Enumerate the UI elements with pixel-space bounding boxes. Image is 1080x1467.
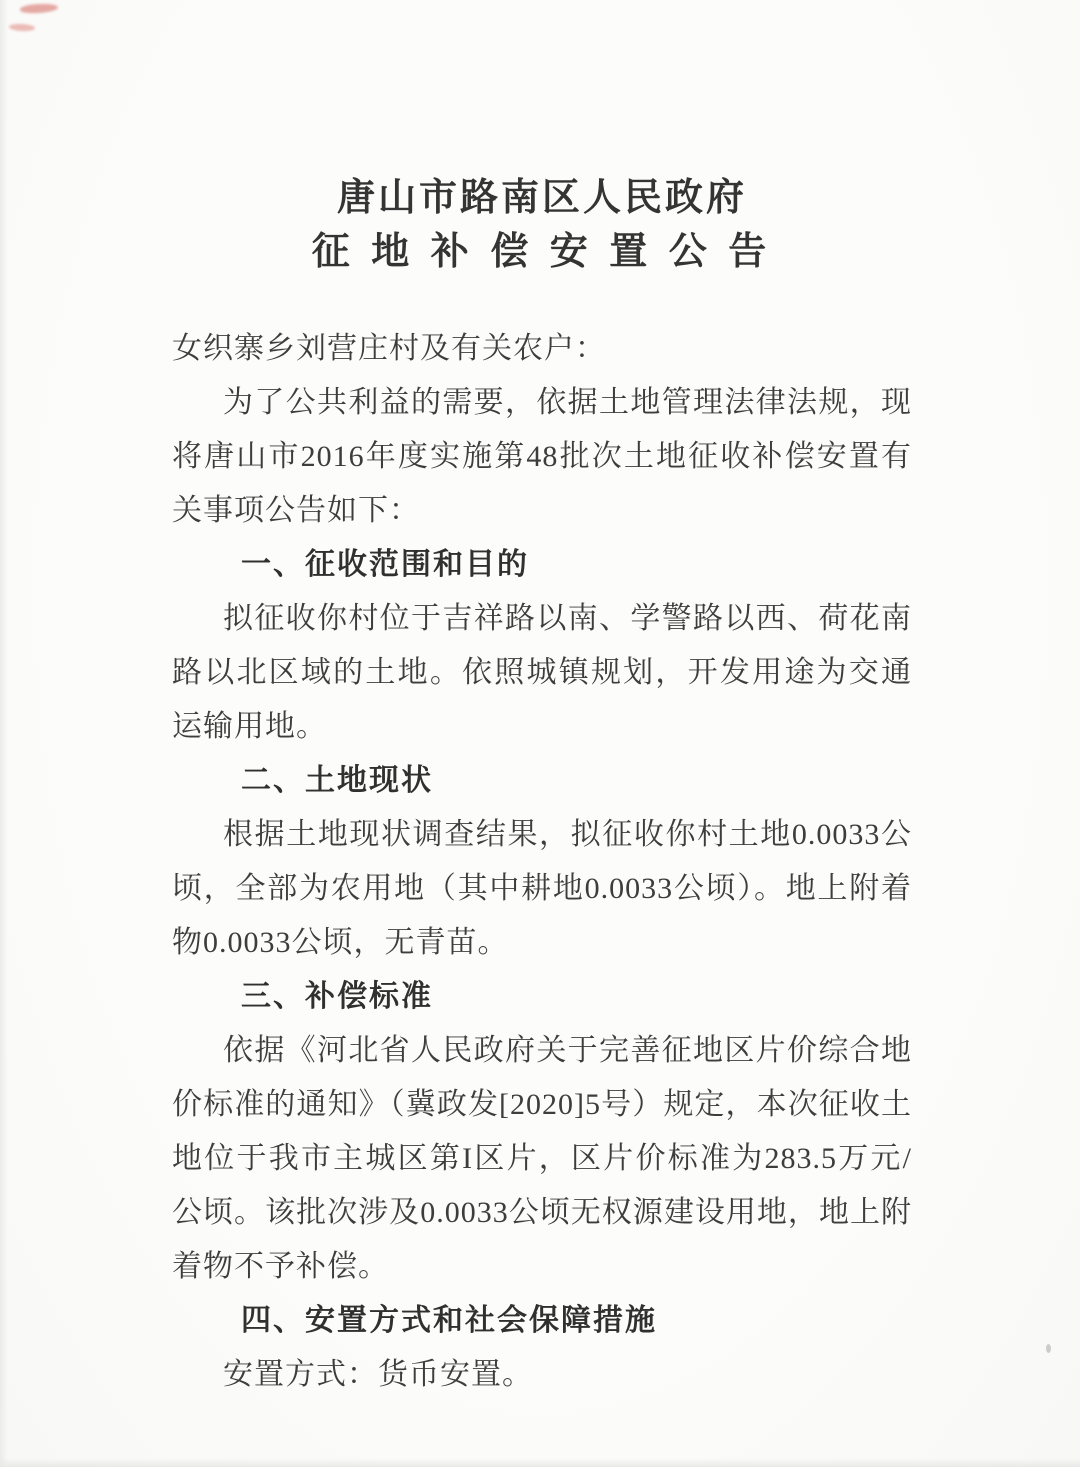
section-4-heading: 四、安置方式和社会保障措施 xyxy=(172,1294,912,1348)
salutation: 女织寨乡刘营庄村及有关农户： xyxy=(172,322,912,376)
section-2-paragraph: 根据土地现状调查结果，拟征收你村土地0.0033公顷，全部为农用地（其中耕地0.… xyxy=(172,808,912,970)
scan-artifact-red-mark xyxy=(9,23,35,31)
section-1-heading: 一、征收范围和目的 xyxy=(172,538,912,592)
document-title-line1: 唐山市路南区人民政府 xyxy=(172,172,912,224)
scan-edge-left xyxy=(0,0,8,1467)
scan-artifact-speck xyxy=(1046,1344,1051,1353)
document-body: 女织寨乡刘营庄村及有关农户： 为了公共利益的需要，依据土地管理法律法规，现将唐山… xyxy=(172,322,912,1402)
section-3-paragraph: 依据《河北省人民政府关于完善征地区片价综合地价标准的通知》（冀政发[2020]5… xyxy=(172,1024,912,1294)
section-1-paragraph: 拟征收你村位于吉祥路以南、学警路以西、荷花南路以北区域的土地。依照城镇规划，开发… xyxy=(172,592,912,754)
document-page: 唐山市路南区人民政府 征 地 补 偿 安 置 公 告 女织寨乡刘营庄村及有关农户… xyxy=(0,0,1080,1467)
scan-artifact-red-mark xyxy=(20,3,59,15)
section-3-heading: 三、补偿标准 xyxy=(172,970,912,1024)
document-content: 唐山市路南区人民政府 征 地 补 偿 安 置 公 告 女织寨乡刘营庄村及有关农户… xyxy=(172,172,912,1402)
intro-paragraph: 为了公共利益的需要，依据土地管理法律法规，现将唐山市2016年度实施第48批次土… xyxy=(172,376,912,538)
section-4-paragraph: 安置方式：货币安置。 xyxy=(172,1348,912,1402)
document-title-line2: 征 地 补 偿 安 置 公 告 xyxy=(172,226,912,278)
scan-edge-bottom xyxy=(0,1458,1080,1467)
section-2-heading: 二、土地现状 xyxy=(172,754,912,808)
